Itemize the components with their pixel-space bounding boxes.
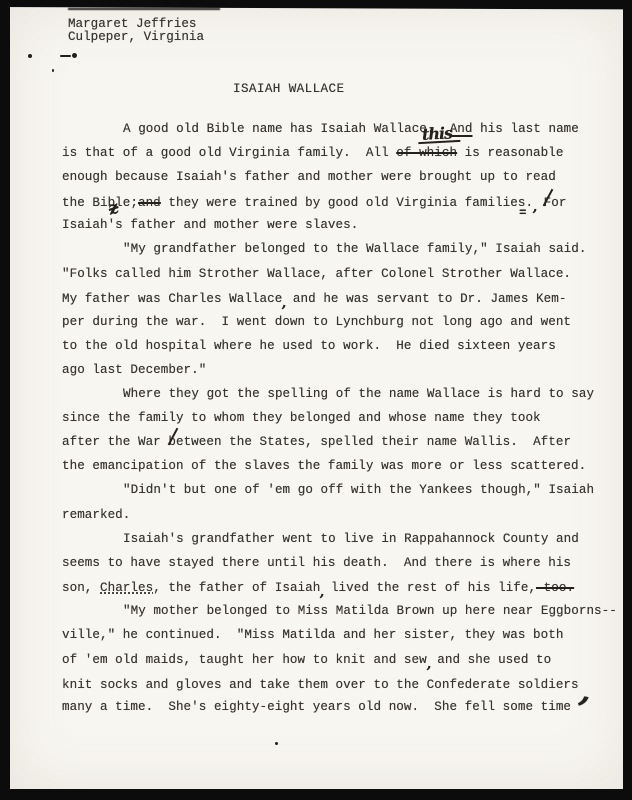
stet-dotted-text: Charles	[100, 581, 153, 595]
body-line: to the old hospital where he used to wor…	[62, 334, 602, 358]
body-line: "Folks called him Strother Wallace, afte…	[62, 262, 602, 286]
typed-text: the Bible;	[62, 196, 138, 210]
body-line: Isaiah's father and mother were slaves.	[62, 213, 602, 237]
author-location: Culpeper, Virginia	[68, 30, 204, 44]
typed-text: after the War	[62, 435, 168, 449]
struck-text: of which	[396, 146, 457, 160]
typed-text: My father was Charles Wallace	[62, 292, 282, 306]
typed-text: A good old Bible name has Isaiah Wallace…	[123, 122, 450, 136]
body-line: ago last December."	[62, 358, 602, 382]
typed-text: "Didn't but one of 'em go off with the Y…	[123, 483, 594, 497]
typed-text: the emancipation of the slaves the famil…	[62, 459, 586, 473]
typed-text: since the family to whom they belonged a…	[62, 411, 541, 425]
typed-text: or	[551, 196, 566, 210]
typed-text: enough because Isaiah's father and mothe…	[62, 170, 556, 184]
typed-text: Where they got the spelling of the name …	[123, 387, 594, 401]
typed-text: of 'em old maids, taught her how to knit…	[62, 653, 427, 667]
body-line: of 'em old maids, taught her how to knit…	[62, 647, 602, 671]
slashed-letter: F	[544, 191, 552, 215]
body-line: A good old Bible name has Isaiah Wallace…	[62, 117, 602, 141]
typed-text: his last name	[473, 122, 579, 136]
author-name: Margaret Jeffries	[68, 17, 196, 31]
typed-text: to the old hospital where he used to wor…	[62, 339, 556, 353]
typed-text: knit socks and gloves and take them over…	[62, 678, 579, 692]
typed-text: ago last December."	[62, 363, 206, 377]
typed-text: "Folks called him Strother Wallace, afte…	[62, 267, 571, 281]
body-line: remarked.	[62, 503, 602, 527]
typed-text: they were trained by good old Virginia f…	[161, 196, 533, 210]
typed-text: lived the rest of his life,	[323, 581, 536, 595]
body-line: per during the war. I went down to Lynch…	[62, 310, 602, 334]
scanned-document-page: ––––––––––– –––––––– Margaret Jeffries C…	[0, 0, 632, 800]
handwritten-insert: this	[418, 126, 461, 144]
body-line: ville," he continued. "Miss Matilda and …	[62, 623, 602, 647]
typed-text: , the father of Isaiah	[153, 581, 320, 595]
ink-speck	[28, 54, 32, 58]
typed-text: seems to have stayed there until his dea…	[62, 556, 571, 570]
ink-speck	[52, 69, 54, 72]
typed-text: and he was servant to Dr. James Kem-	[285, 292, 566, 306]
body-line: enough because Isaiah's father and mothe…	[62, 165, 602, 189]
scan-border-bottom	[0, 790, 632, 800]
ink-speck	[60, 55, 71, 57]
body-line: many a time. She's eighty-eight years ol…	[62, 695, 602, 719]
body-line: "My mother belonged to Miss Matilda Brow…	[62, 599, 602, 623]
scan-border-left	[0, 0, 10, 800]
ink-speck	[275, 742, 278, 745]
struck-text: and	[138, 196, 161, 210]
typed-text: "My grandfather belonged to the Wallace …	[123, 242, 586, 256]
typed-text: remarked.	[62, 508, 130, 522]
body-line: Where they got the spelling of the name …	[62, 382, 602, 406]
ink-speck	[72, 53, 77, 58]
typed-text: Isaiah's father and mother were slaves.	[62, 218, 358, 232]
typed-text: per during the war. I went down to Lynch…	[62, 315, 571, 329]
body-line: My father was Charles Wallace, and he wa…	[62, 286, 602, 310]
typed-text: etween the States, spelled their name Wa…	[176, 435, 571, 449]
body-line: since the family to whom they belonged a…	[62, 406, 602, 430]
body-line: Isaiah's grandfather went to live in Rap…	[62, 527, 602, 551]
struck-text: too.	[536, 581, 574, 595]
page-title: ISAIAH WALLACE	[233, 82, 344, 96]
typed-text: son,	[62, 581, 100, 595]
slashed-letter: b	[168, 430, 176, 454]
body-line: "Didn't but one of 'em go off with the Y…	[62, 478, 602, 502]
body-line: knit socks and gloves and take them over…	[62, 671, 602, 695]
paper-sheet: ––––––––––– –––––––– Margaret Jeffries C…	[10, 7, 624, 789]
body-line: the emancipation of the slaves the famil…	[62, 454, 602, 478]
typed-text: is reasonable	[457, 146, 563, 160]
body-line: seems to have stayed there until his dea…	[62, 551, 602, 575]
body-line: the Bible;andz they were trained by good…	[62, 189, 602, 213]
typed-text: ville," he continued. "Miss Matilda and …	[62, 628, 563, 642]
scan-border-right	[623, 0, 632, 800]
body-line: is that of a good old Virginia family. A…	[62, 141, 602, 165]
typed-text: and she used to	[430, 653, 552, 667]
document-header: ––––––––––– –––––––– Margaret Jeffries C…	[68, 4, 220, 45]
body-line: "My grandfather belonged to the Wallace …	[62, 237, 602, 261]
document-body: A good old Bible name has Isaiah Wallace…	[62, 117, 602, 719]
typed-text: many a time. She's eighty-eight years ol…	[62, 700, 571, 714]
typed-text: "My mother belonged to Miss Matilda Brow…	[123, 604, 617, 618]
typed-text: is that of a good old Virginia family. A…	[62, 146, 396, 160]
typed-text: Isaiah's grandfather went to live in Rap…	[123, 532, 579, 546]
body-line: after the War between the States, spelle…	[62, 430, 602, 454]
body-line: son, Charles, the father of Isaiah, live…	[62, 575, 602, 599]
